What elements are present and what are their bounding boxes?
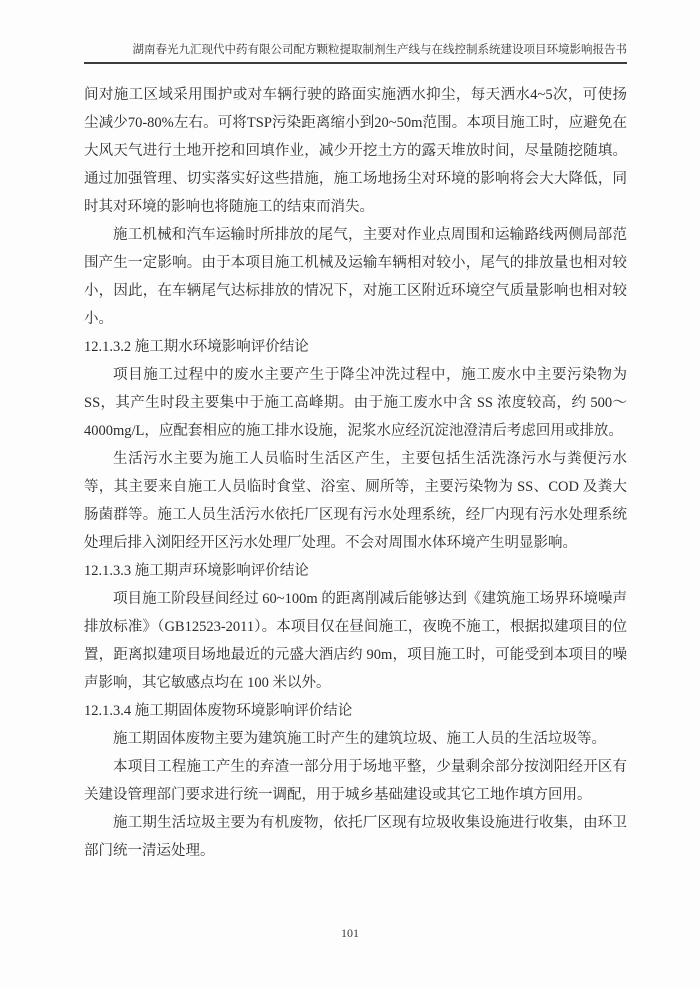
header-title: 湖南春光九汇现代中药有限公司配方颗粒提取制剂生产线与在线控制系统建设项目环境影响… bbox=[133, 44, 628, 56]
paragraph: 生活污水主要为施工人员临时生活区产生，主要包括生活洗涤污水与粪便污水等，其主要来… bbox=[84, 445, 627, 557]
paragraph: 施工机械和汽车运输时所排放的尾气，主要对作业点周围和运输路线两侧局部范围产生一定… bbox=[84, 221, 627, 333]
paragraph: 项目施工过程中的废水主要产生于降尘冲洗过程中，施工废水中主要污染物为SS，其产生… bbox=[84, 361, 627, 445]
paragraph: 本项目工程施工产生的弃渣一部分用于场地平整，少量剩余部分按浏阳经开区有关建设管理… bbox=[84, 753, 627, 809]
page-header: 湖南春光九汇现代中药有限公司配方颗粒提取制剂生产线与在线控制系统建设项目环境影响… bbox=[84, 42, 627, 64]
paragraph: 施工期固体废物主要为建筑施工时产生的建筑垃圾、施工人员的生活垃圾等。 bbox=[84, 725, 627, 753]
section-heading: 12.1.3.2 施工期水环境影响评价结论 bbox=[84, 333, 627, 361]
paragraph: 间对施工区域采用围护或对车辆行驶的路面实施洒水抑尘，每天洒水4~5次，可使扬尘减… bbox=[84, 81, 627, 221]
paragraph: 项目施工阶段昼间经过 60~100m 的距离削减后能够达到《建筑施工场界环境噪声… bbox=[84, 585, 627, 697]
paragraph: 施工期生活垃圾主要为有机废物，依托厂区现有垃圾收集设施进行收集，由环卫部门统一清… bbox=[84, 809, 627, 865]
document-page: 湖南春光九汇现代中药有限公司配方颗粒提取制剂生产线与在线控制系统建设项目环境影响… bbox=[0, 0, 700, 989]
page-number: 101 bbox=[341, 926, 359, 940]
section-heading: 12.1.3.4 施工期固体废物环境影响评价结论 bbox=[84, 697, 627, 725]
section-heading: 12.1.3.3 施工期声环境影响评价结论 bbox=[84, 557, 627, 585]
document-body: 间对施工区域采用围护或对车辆行驶的路面实施洒水抑尘，每天洒水4~5次，可使扬尘减… bbox=[84, 81, 627, 865]
page-footer: 101 bbox=[0, 926, 700, 941]
